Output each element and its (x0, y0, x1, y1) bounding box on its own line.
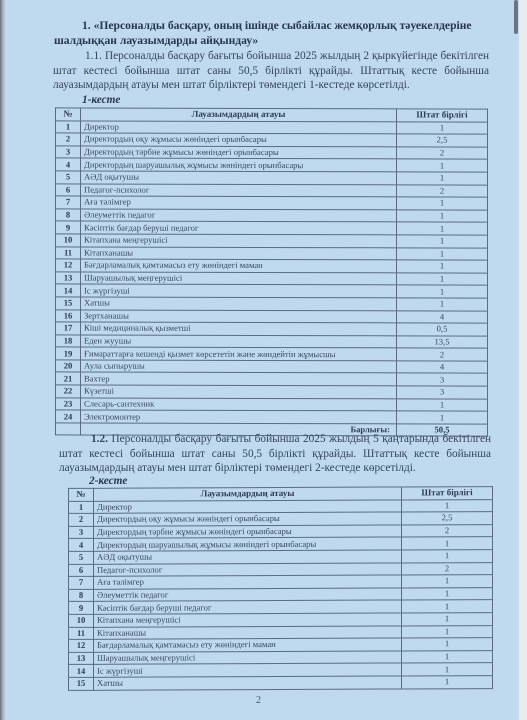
row-number: 15 (69, 677, 94, 690)
table-row: 17Кіші медициналық қызметші0,5 (56, 322, 488, 336)
position-name: Директордың тәрбие жұмысы жөніндегі орын… (81, 146, 397, 159)
scrollbar-track[interactable] (519, 0, 527, 720)
row-number: 12 (69, 639, 94, 652)
staff-units: 1 (397, 398, 488, 411)
row-number: 23 (56, 398, 81, 411)
page-number: 2 (256, 695, 261, 706)
table-row: 6Педагог-психолог2 (56, 183, 488, 197)
position-name: Электромонтер (81, 410, 397, 423)
page-left-edge (0, 0, 6, 720)
section-heading: 1. «Персоналды басқару, оның ішінде сыба… (54, 18, 494, 48)
staff-units: 4 (397, 361, 488, 374)
row-number: 11 (69, 627, 94, 640)
row-number: 3 (69, 526, 94, 539)
table-row: 13Шаруашылық меңгерушісі1 (56, 272, 488, 286)
staff-units: 4 (397, 310, 488, 323)
row-number: 10 (69, 614, 94, 627)
row-number: 24 (56, 410, 81, 423)
row-number: 19 (56, 347, 81, 360)
table-row: 15Хатшы1 (69, 675, 493, 689)
table-row: 9Кәсіптік бағдар беруші педагог1 (56, 221, 488, 235)
position-name: Шаруашылық меңгерушісі (81, 272, 397, 285)
staff-units: 1 (402, 663, 493, 676)
staff-units: 2 (397, 348, 488, 361)
column-header-number: № (69, 488, 94, 501)
position-name: Кітапхана меңгерушісі (81, 234, 397, 247)
staff-units: 1 (402, 650, 493, 663)
row-number: 21 (56, 372, 81, 385)
table-row: 14Іс жүргізуші1 (56, 284, 488, 298)
position-name: Күзетші (81, 385, 397, 398)
row-number: 3 (56, 146, 81, 159)
row-number: 16 (56, 309, 81, 322)
table-2-caption: 2-кесте (89, 475, 127, 487)
position-name: Вахтер (81, 372, 397, 385)
row-number: 8 (56, 209, 81, 222)
staff-units: 0,5 (397, 323, 488, 336)
position-name: Ғимараттарға кешенді қызмет көрсететін ж… (81, 347, 397, 360)
staff-units: 1 (397, 121, 488, 134)
row-number: 9 (56, 221, 81, 234)
table-row: 15Хатшы1 (56, 297, 488, 311)
row-number: 10 (56, 234, 81, 247)
staff-units: 2 (402, 524, 493, 537)
table-row: 10Кітапхана меңгерушісі1 (56, 234, 488, 248)
staff-table-2: № Лауазымдардың атауы Штат бірлігі 1Дире… (68, 486, 493, 690)
staff-units: 1 (397, 235, 488, 248)
paragraph-text: Персоналды басқару бағыты бойынша 2025 ж… (53, 50, 489, 91)
paragraph-1-2: 1.2. Персоналды басқару бағыты бойынша 2… (59, 432, 491, 476)
position-name: Еден жуушы (81, 335, 397, 348)
row-number: 4 (56, 158, 81, 171)
staff-units: 1 (402, 550, 493, 563)
table-row: 8Әлеуметтік педагог1 (56, 209, 488, 223)
paragraph-text: Персоналды басқару бағыты бойынша 2025 ж… (59, 433, 491, 474)
section-heading-line2: шалдыққан лауазымдарды айқындау» (54, 33, 494, 48)
position-name: Директордың оқу жұмысы жөніндегі орынбас… (81, 133, 397, 146)
staff-units: 2 (397, 147, 488, 160)
row-number: 15 (56, 297, 81, 310)
table-row: 12Бағдарламалық қамтамасыз ету жөніндегі… (56, 259, 488, 273)
staff-units: 1 (402, 600, 493, 613)
table-1-body: 1Директор12Директордың оқу жұмысы жөнінд… (56, 121, 488, 424)
row-number: 6 (69, 564, 94, 577)
position-name: Директор (81, 121, 397, 134)
row-number: 8 (69, 589, 94, 602)
row-number: 13 (56, 272, 81, 285)
staff-units: 1 (397, 197, 488, 210)
row-number: 7 (69, 576, 94, 589)
staff-units: 1 (397, 159, 488, 172)
staff-units: 1 (402, 638, 493, 651)
staff-units: 1 (397, 172, 488, 185)
table-row: 23Слесарь-сантехник1 (56, 398, 488, 412)
staff-units: 1 (402, 675, 493, 688)
paragraph-number: 1.2. (59, 433, 108, 445)
table-header-row: № Лауазымдардың атауы Штат бірлігі (56, 108, 488, 122)
staff-units: 1 (402, 613, 493, 626)
row-number: 9 (69, 602, 94, 615)
staff-table-1: № Лауазымдардың атауы Штат бірлігі 1Дире… (55, 107, 488, 437)
table-row: 2Директордың оқу жұмысы жөніндегі орынба… (56, 133, 488, 147)
table-row: 20Аула сыпырушы4 (56, 360, 488, 374)
table-row: 18Еден жуушы13,5 (56, 335, 488, 349)
staff-units: 1 (402, 575, 493, 588)
paragraph-number: 1.1. (53, 50, 102, 62)
row-number: 14 (69, 665, 94, 678)
position-name: Педагог-психолог (81, 184, 397, 197)
position-name: Аға тәлімгер (81, 196, 397, 209)
scrollbar-thumb[interactable] (514, 0, 518, 34)
staff-units: 1 (397, 247, 488, 260)
row-number: 14 (56, 284, 81, 297)
column-header-number: № (56, 108, 81, 121)
table-row: 24Электромонтер1 (56, 410, 488, 424)
position-name: Хатшы (81, 297, 397, 310)
table-row: 3Директордың тәрбие жұмысы жөніндегі оры… (56, 146, 488, 160)
row-number: 5 (56, 171, 81, 184)
row-number: 1 (56, 121, 81, 134)
table-row: 21Вахтер3 (56, 372, 488, 386)
table-row: 16Зертханашы4 (56, 309, 488, 323)
table-row: 4Директордың шаруашылық жұмысы жөніндегі… (56, 158, 488, 172)
row-number: 11 (56, 246, 81, 259)
staff-units: 13,5 (397, 336, 488, 349)
row-number: 2 (56, 133, 81, 146)
row-number: 2 (69, 514, 94, 527)
position-name: Зертханашы (81, 309, 397, 322)
staff-units: 1 (397, 298, 488, 311)
position-name: Кәсіптік бағдар беруші педагог (81, 221, 397, 234)
staff-units: 1 (397, 222, 488, 235)
staff-units: 1 (397, 210, 488, 223)
staff-units: 2,5 (402, 512, 493, 525)
staff-units: 1 (402, 499, 493, 512)
staff-units: 1 (402, 587, 493, 600)
row-number: 13 (69, 652, 94, 665)
row-number: 1 (69, 501, 94, 514)
table-row: 19Ғимараттарға кешенді қызмет көрсететін… (56, 347, 488, 361)
staff-units: 2,5 (397, 134, 488, 147)
position-name: Аула сыпырушы (81, 360, 397, 373)
table-row: 11Кітапханашы1 (56, 246, 488, 260)
row-number: 12 (56, 259, 81, 272)
staff-units: 2 (402, 562, 493, 575)
section-heading-line1: 1. «Персоналды басқару, оның ішінде сыба… (54, 18, 494, 33)
position-name: Директордың шаруашылық жұмысы жөніндегі … (81, 158, 397, 171)
table-row: 5АӘД оқытушы1 (56, 171, 488, 185)
staff-units: 1 (397, 273, 488, 286)
row-number: 17 (56, 322, 81, 335)
staff-units: 3 (397, 373, 488, 386)
position-name: Кітапханашы (81, 247, 397, 260)
position-name: Хатшы (94, 676, 402, 690)
position-name: Іс жүргізуші (81, 284, 397, 297)
column-header-position: Лауазымдардың атауы (81, 108, 397, 121)
position-name: Бағдарламалық қамтамасыз ету жөніндегі м… (81, 259, 397, 272)
staff-units: 1 (397, 285, 488, 298)
row-number: 6 (56, 183, 81, 196)
row-number: 4 (69, 539, 94, 552)
row-number: 7 (56, 196, 81, 209)
row-number: 5 (69, 551, 94, 564)
staff-units: 1 (397, 260, 488, 273)
staff-units: 1 (397, 411, 488, 424)
row-number: 22 (56, 385, 81, 398)
staff-units: 1 (402, 537, 493, 550)
staff-units: 3 (397, 386, 488, 399)
table-row: 1Директор1 (56, 121, 488, 135)
staff-units: 2 (397, 184, 488, 197)
table-2-body: 1Директор12Директордың оқу жұмысы жөнінд… (69, 499, 493, 690)
paragraph-1-1: 1.1. Персоналды басқару бағыты бойынша 2… (53, 49, 489, 93)
column-header-units: Штат бірлігі (397, 109, 488, 122)
row-number: 20 (56, 360, 81, 373)
position-name: Әлеуметтік педагог (81, 209, 397, 222)
table-row: 7Аға тәлімгер1 (56, 196, 488, 210)
position-name: АӘД оқытушы (81, 171, 397, 184)
table-row: 22Күзетші3 (56, 385, 488, 399)
position-name: Слесарь-сантехник (81, 398, 397, 411)
table-1-caption: 1-кесте (82, 94, 120, 106)
row-number: 18 (56, 335, 81, 348)
staff-units: 1 (402, 625, 493, 638)
position-name: Кіші медициналық қызметші (81, 322, 397, 335)
column-header-units: Штат бірлігі (402, 487, 493, 500)
